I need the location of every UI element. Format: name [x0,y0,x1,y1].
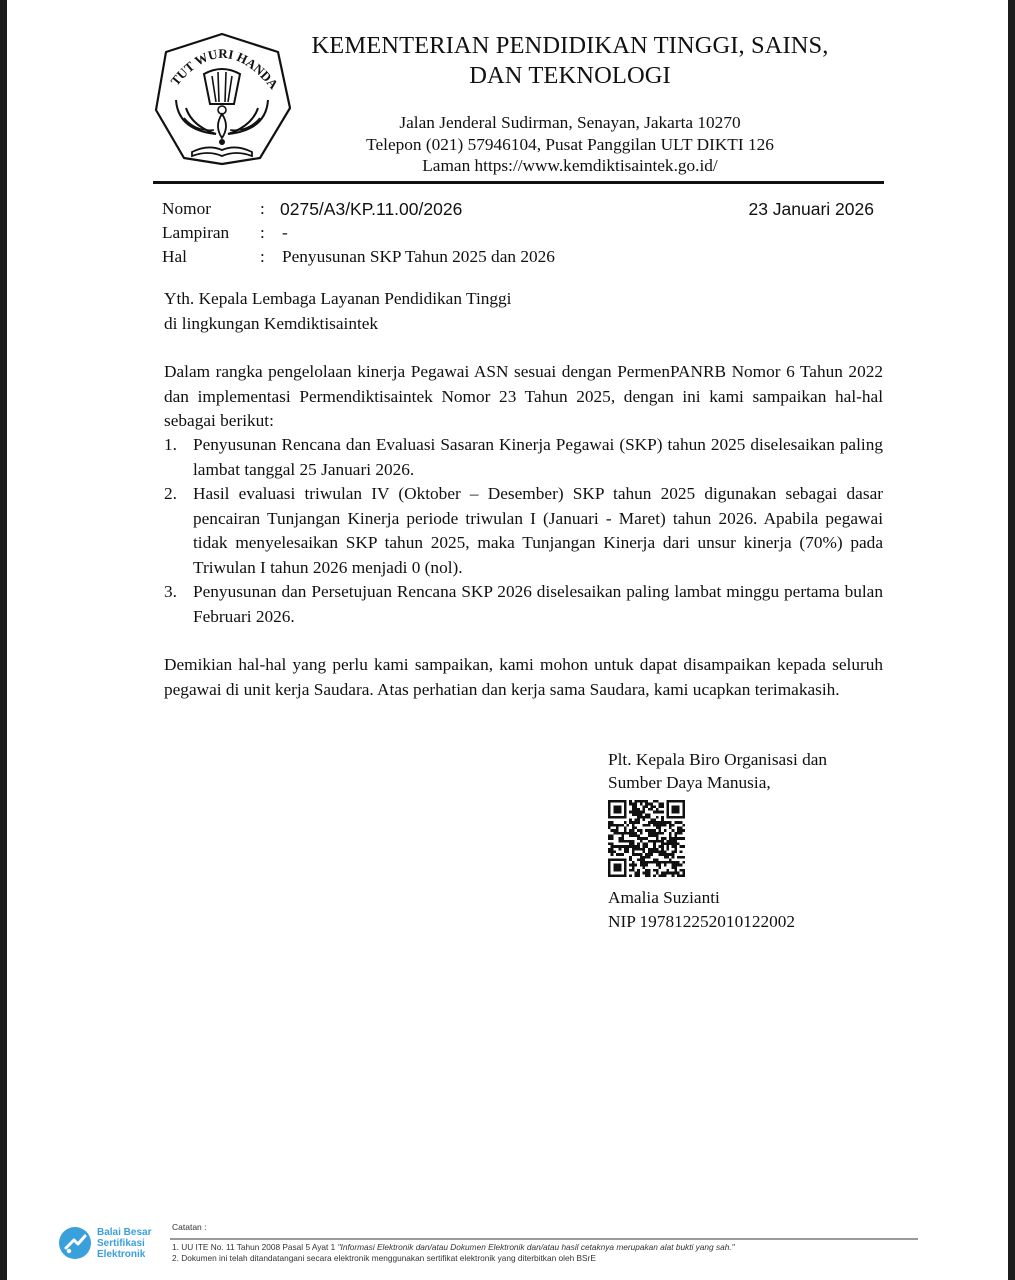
letterhead-divider [153,181,884,184]
signer-block: Amalia Suzianti NIP 197812252010122002 [608,886,795,934]
organization-title: KEMENTERIAN PENDIDIKAN TINGGI, SAINS, DA… [290,31,850,91]
bsre-name: Balai Besar Sertifikasi Elektronik [97,1227,151,1260]
lampiran-value: - [282,221,288,245]
list-item: 3. Penyusunan dan Persetujuan Rencana SK… [164,580,883,629]
hal-separator: : [260,245,265,269]
signer-name: Amalia Suzianti [608,886,795,910]
footer-note-2: 2. Dokumen ini telah ditandatangani seca… [172,1253,735,1264]
addressee: Yth. Kepala Lembaga Layanan Pendidikan T… [164,287,883,336]
letter-page: TUT WURI HANDAYANI KEMENTERIAN PENDIDIKA… [0,0,1015,1280]
nomor-value: 0275/A3/KP.11.00/2026 [280,197,462,221]
meta-row-lampiran: Lampiran : - [162,221,882,245]
nomor-separator: : [260,197,265,221]
footer-note-1: 1. UU ITE No. 11 Tahun 2008 Pasal 5 Ayat… [172,1242,735,1253]
org-website: Laman https://www.kemdiktisaintek.go.id/ [290,155,850,177]
instruction-list: 1. Penyusunan Rencana dan Evaluasi Sasar… [164,433,883,629]
list-item-number: 1. [164,433,177,458]
letter-date: 23 Januari 2026 [748,197,874,221]
meta-row-nomor: Nomor : 0275/A3/KP.11.00/2026 23 Januari… [162,197,882,221]
org-phone: Telepon (021) 57946104, Pusat Panggilan … [290,134,850,156]
tut-wuri-handayani-logo-icon: TUT WURI HANDAYANI [152,30,292,168]
footer-notes: 1. UU ITE No. 11 Tahun 2008 Pasal 5 Ayat… [172,1242,735,1264]
signatory-title: Plt. Kepala Biro Organisasi dan Sumber D… [608,748,868,794]
hal-value: Penyusunan SKP Tahun 2025 dan 2026 [282,245,555,269]
letter-meta: Nomor : 0275/A3/KP.11.00/2026 23 Januari… [162,197,882,269]
footer-notes-label: Catatan : [172,1222,207,1232]
meta-row-hal: Hal : Penyusunan SKP Tahun 2025 dan 2026 [162,245,882,269]
bsre-line2: Sertifikasi [97,1238,151,1249]
org-address: Jalan Jenderal Sudirman, Senayan, Jakart… [290,112,850,134]
svg-text:TUT WURI HANDAYANI: TUT WURI HANDAYANI [152,30,282,92]
signatory-title-line2: Sumber Daya Manusia, [608,771,868,794]
list-item-text: Hasil evaluasi triwulan IV (Oktober – De… [193,484,883,577]
list-item: 2. Hasil evaluasi triwulan IV (Oktober –… [164,482,883,580]
signer-nip: NIP 197812252010122002 [608,910,795,934]
list-item-number: 2. [164,482,177,507]
bsre-line3: Elektronik [97,1249,151,1260]
intro-paragraph: Dalam rangka pengelolaan kinerja Pegawai… [164,360,883,434]
organization-contact: Jalan Jenderal Sudirman, Senayan, Jakart… [290,112,850,177]
addressee-line1: Yth. Kepala Lembaga Layanan Pendidikan T… [164,287,883,312]
lampiran-separator: : [260,221,265,245]
qr-code-icon [608,800,685,877]
list-item-number: 3. [164,580,177,605]
list-item-text: Penyusunan dan Persetujuan Rencana SKP 2… [193,582,883,626]
list-item: 1. Penyusunan Rencana dan Evaluasi Sasar… [164,433,883,482]
bsre-line1: Balai Besar [97,1227,151,1238]
org-title-line1: KEMENTERIAN PENDIDIKAN TINGGI, SAINS, [290,31,850,61]
nomor-label: Nomor [162,197,211,221]
closing-paragraph: Demikian hal-hal yang perlu kami sampaik… [164,653,883,702]
org-title-line2: DAN TEKNOLOGI [290,61,850,91]
list-item-text: Penyusunan Rencana dan Evaluasi Sasaran … [193,435,883,479]
footer-note-1-prefix: 1. UU ITE No. 11 Tahun 2008 Pasal 5 Ayat… [172,1242,338,1252]
addressee-line2: di lingkungan Kemdiktisaintek [164,312,883,337]
bsre-logo-icon [58,1226,92,1260]
lampiran-label: Lampiran [162,221,229,245]
footer-divider [170,1238,918,1240]
footer-note-1-quote: "Informasi Elektronik dan/atau Dokumen E… [338,1242,735,1252]
signatory-title-line1: Plt. Kepala Biro Organisasi dan [608,748,868,771]
hal-label: Hal [162,245,187,269]
